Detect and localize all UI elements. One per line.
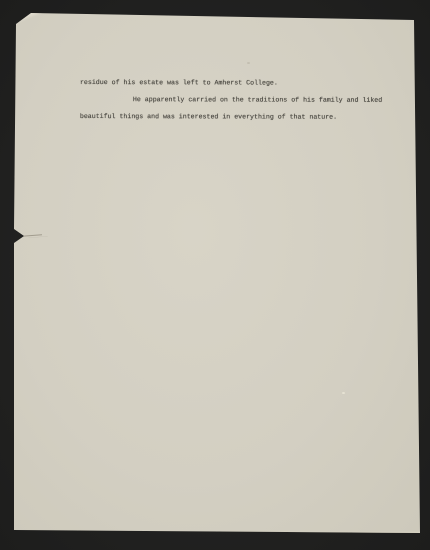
photo-backdrop: residue of his estate was left to Amhers…	[0, 0, 430, 550]
corner-fold-mark	[12, 9, 41, 24]
paper-speck	[247, 62, 250, 64]
text-line-3: beautiful things and was interested in e…	[80, 108, 410, 126]
text-line-2: He apparently carried on the traditions …	[80, 91, 410, 109]
paper-speck	[342, 392, 345, 394]
paper-tear-scratch	[22, 234, 42, 236]
typewritten-text: residue of his estate was left to Amhers…	[80, 74, 410, 126]
document-page: residue of his estate was left to Amhers…	[0, 0, 430, 550]
text-line-1: residue of his estate was left to Amhers…	[80, 74, 410, 92]
